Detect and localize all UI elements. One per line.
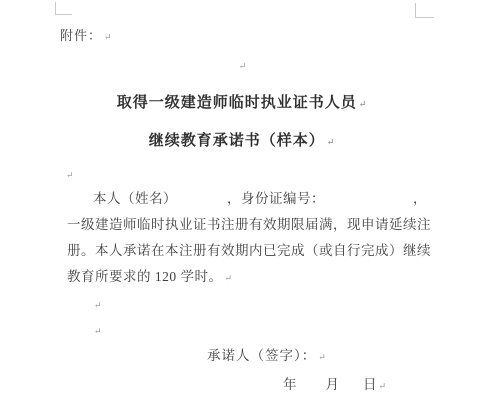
body-line-1: 本人（姓名），身份证编号：，: [67, 186, 423, 212]
title-text: 继续教育承诺书（样本）: [149, 133, 325, 149]
paragraph-mark-icon: ↵: [104, 32, 112, 42]
body-text: 教育所要求的 120 学时。: [67, 269, 223, 284]
title-line-2: 继续教育承诺书（样本）↵: [0, 129, 483, 150]
commitment-paragraph: 本人（姓名），身份证编号：， 一级建造师临时执业证书注册有效期限届满，现申请延续…: [67, 186, 423, 290]
body-text: 册。本人承诺在本注册有效期内已完成（或自行完成）继续: [67, 243, 431, 258]
paragraph-mark-icon: ↵: [379, 381, 387, 391]
paragraph-mark-icon: ↵: [239, 61, 247, 71]
name-label: 本人（姓名）: [93, 191, 177, 206]
empty-paragraph: ↵: [92, 295, 102, 313]
signature-label: 承诺人（签字）：: [207, 348, 316, 363]
title-text: 取得一级建造师临时执业证书人员: [117, 95, 357, 111]
day-label: 日: [363, 377, 377, 392]
empty-paragraph: ↵: [92, 321, 102, 339]
document-page: 附件：↵ ↵ 取得一级建造师临时执业证书人员↵ 继续教育承诺书（样本）↵ ↵ 本…: [0, 0, 483, 410]
title-line-1: 取得一级建造师临时执业证书人员↵: [0, 91, 483, 112]
id-number-label: ，身份证编号：: [227, 191, 325, 206]
paragraph-mark-icon: ↵: [94, 326, 102, 336]
paragraph-mark-icon: ↵: [318, 352, 326, 362]
signature-line: 承诺人（签字）：↵: [207, 344, 326, 364]
body-line-2: 一级建造师临时执业证书注册有效期限届满，现申请延续注: [67, 212, 423, 238]
month-label: 月: [326, 377, 340, 392]
body-line-4: 教育所要求的 120 学时。↵: [67, 264, 423, 290]
body-line-3: 册。本人承诺在本注册有效期内已完成（或自行完成）继续: [67, 238, 423, 264]
paragraph-mark-icon: ↵: [66, 170, 74, 180]
empty-paragraph: ↵: [64, 165, 74, 183]
year-label: 年: [283, 377, 297, 392]
paragraph-mark-icon: ↵: [94, 300, 102, 310]
attachment-label: 附件：: [60, 28, 102, 43]
paragraph-mark-icon: ↵: [359, 99, 367, 109]
attachment-line: 附件：↵: [60, 25, 112, 44]
empty-paragraph: ↵: [0, 56, 483, 74]
paragraph-mark-icon: ↵: [327, 137, 335, 147]
text-boundary-corner-mark-top-right: [415, 3, 434, 18]
comma: ，: [413, 191, 427, 206]
text-boundary-corner-mark-top-left: [55, 2, 72, 15]
body-text: 一级建造师临时执业证书注册有效期限届满，现申请延续注: [67, 217, 431, 232]
paragraph-mark-icon: ↵: [225, 273, 233, 283]
date-line: 年月日↵: [283, 373, 386, 393]
